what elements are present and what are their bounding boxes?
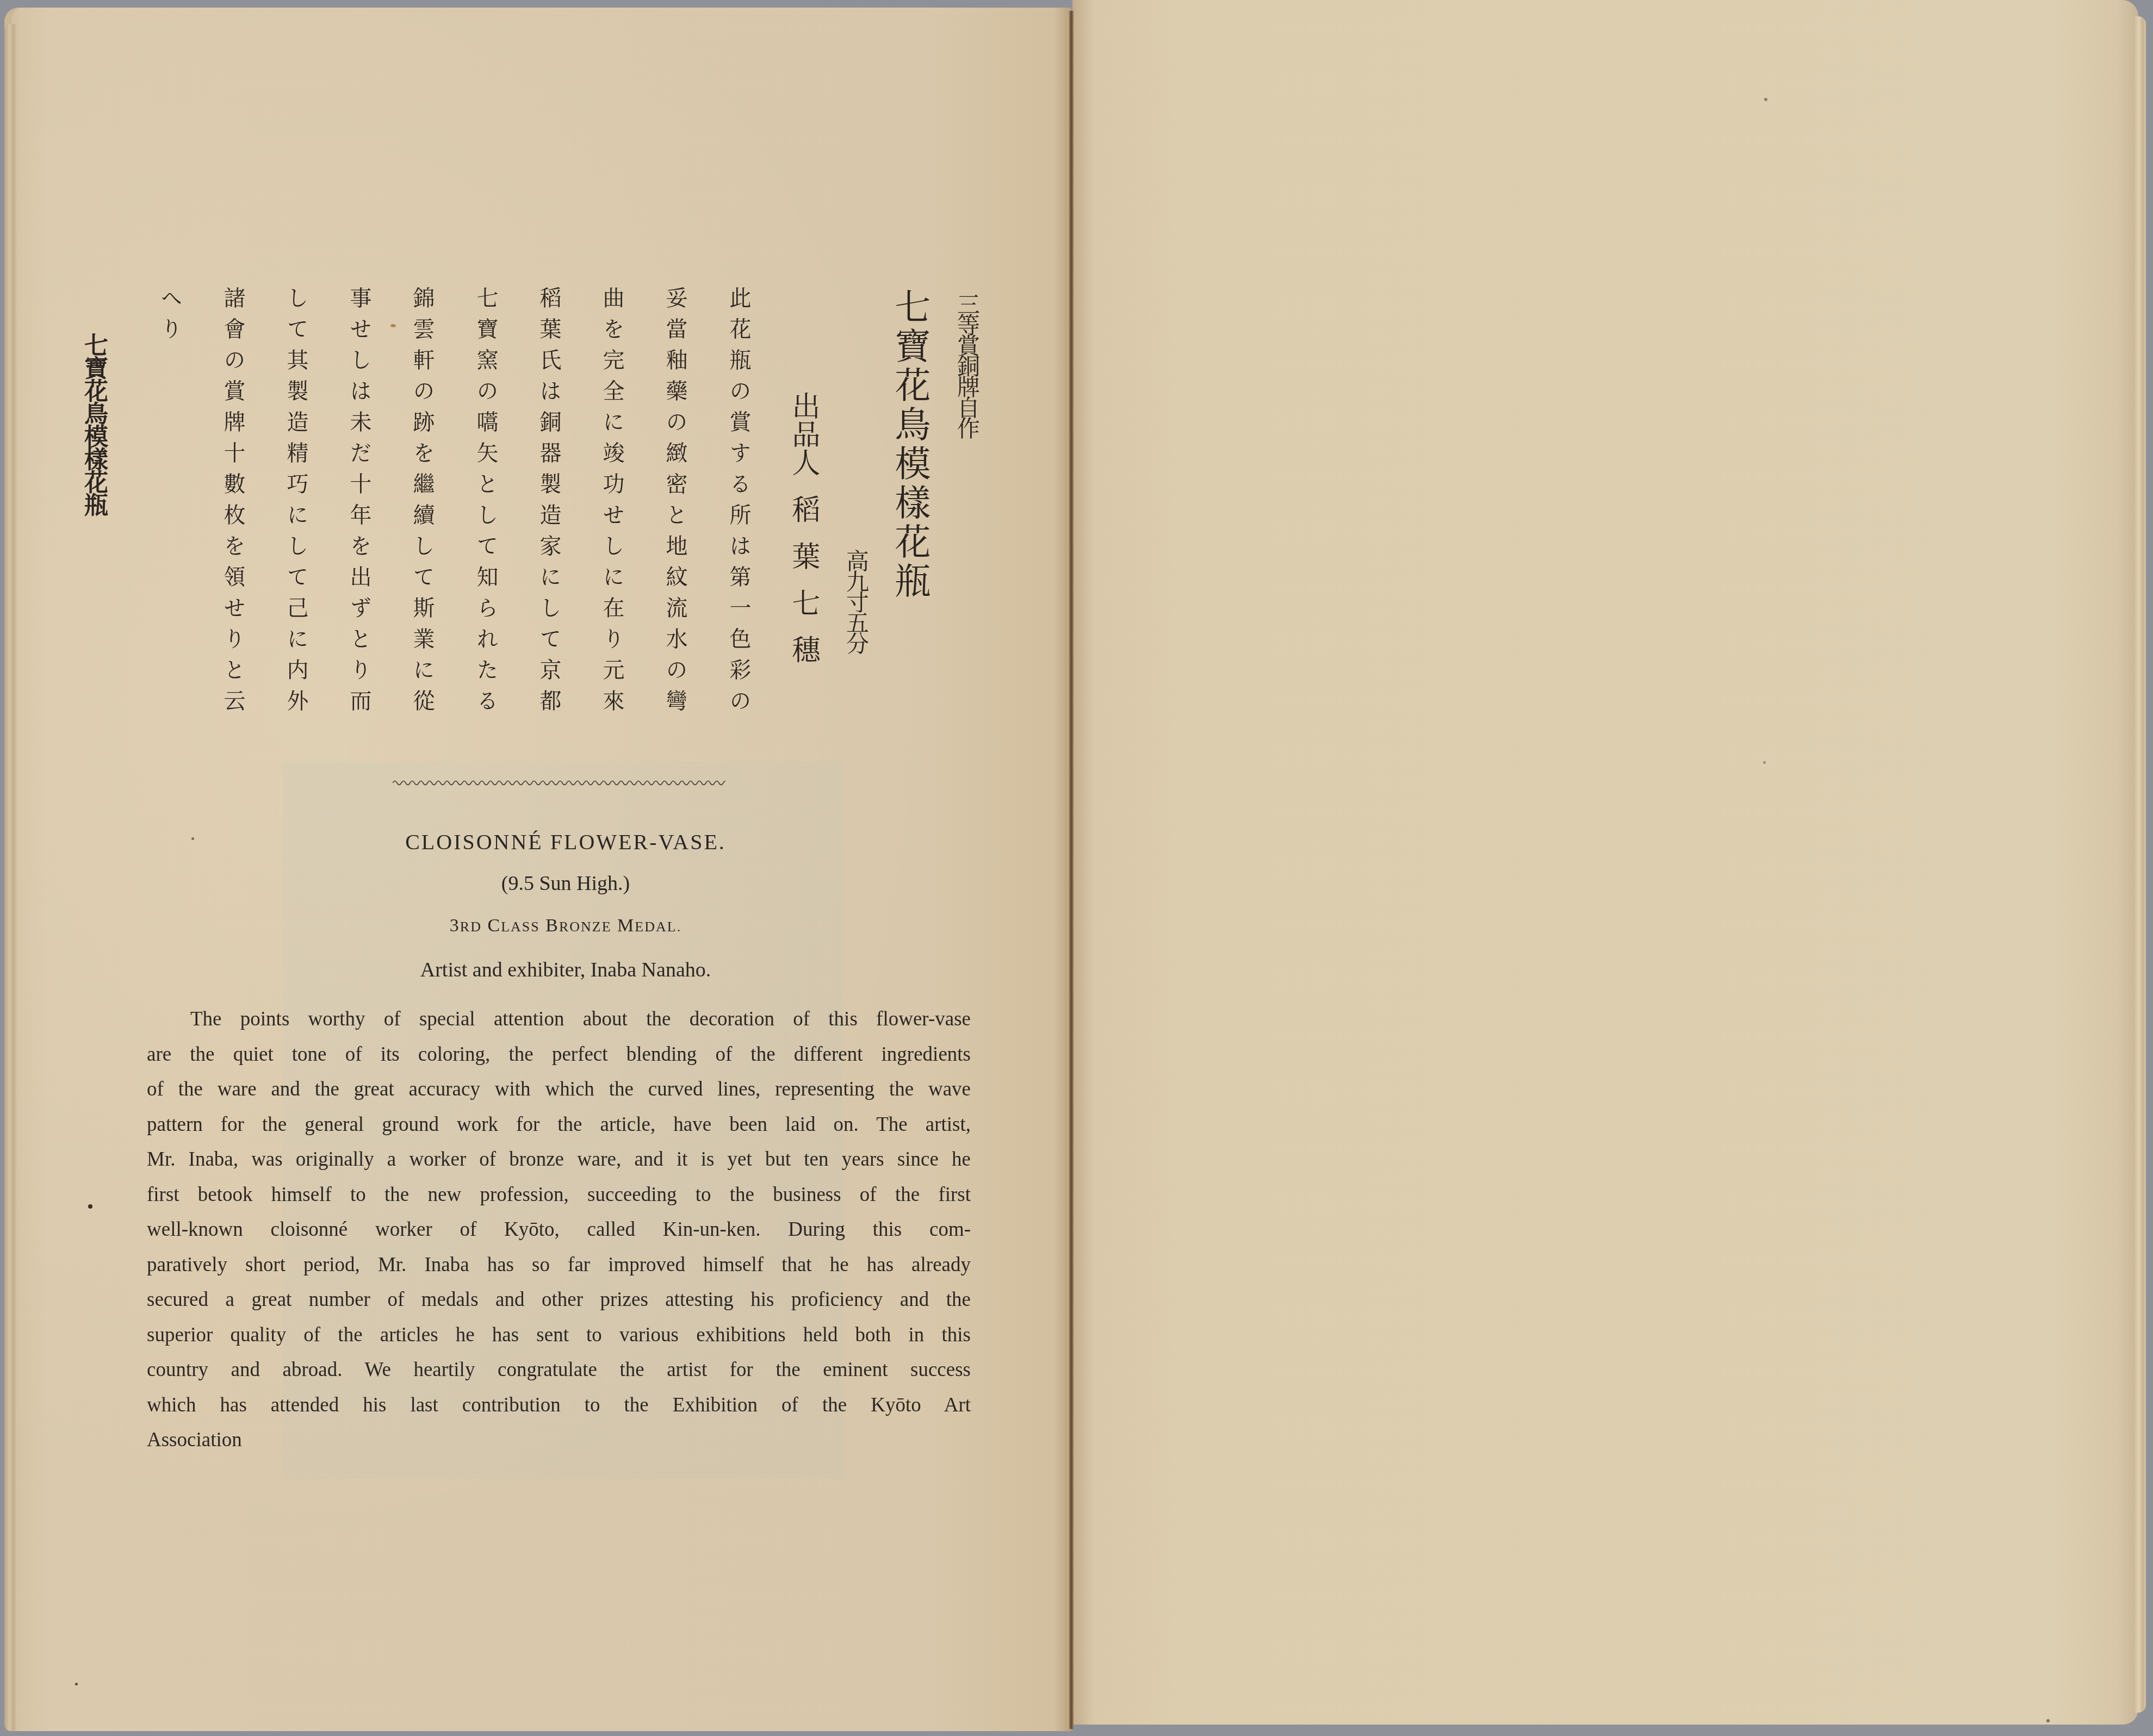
paragraph-line: of the ware and the great accuracy with … — [147, 1072, 971, 1107]
english-artist: Artist and exhibiter, Inaba Nanaho. — [141, 958, 990, 982]
medal-text: C — [482, 916, 501, 936]
body-column-jp: 此花瓶の賞する所は第一色彩の — [723, 287, 754, 720]
body-column-jp: 錦雲軒の跡を繼續して斯業に從 — [407, 287, 438, 720]
paragraph-line: first betook himself to the new professi… — [147, 1178, 971, 1213]
body-column-jp: して其製造精巧にして己に内外 — [281, 287, 312, 720]
body-column-jp: 諸會の賞牌十數枚を領せりと云 — [218, 287, 249, 720]
paragraph-line: Mr. Inaba, was originally a worker of br… — [147, 1142, 971, 1178]
paragraph-line: paratively short period, Mr. Inaba has s… — [147, 1248, 971, 1283]
medal-text: B — [540, 916, 559, 936]
award-label-jp: 三等賞銅牌自作 — [951, 293, 983, 437]
paper-speck — [191, 837, 194, 840]
medal-text: EDAL. — [635, 919, 681, 935]
paragraph-line: The points worthy of special attention a… — [147, 1002, 971, 1037]
medal-text: 3 — [450, 916, 460, 936]
paragraph-line: secured a great number of medals and oth… — [147, 1283, 971, 1318]
exhibitor-name-char: 穗 — [787, 635, 820, 663]
english-title: CLOISONNÉ FLOWER-VASE. — [141, 829, 990, 855]
body-column-jp: 事せしは未だ十年を出ずとり而 — [344, 287, 375, 720]
paper-speck — [88, 1204, 92, 1209]
paper-speck — [75, 1683, 78, 1685]
medal-text: M — [612, 916, 635, 936]
english-height: (9.5 Sun High.) — [141, 872, 990, 895]
page-stack-edge-right — [2134, 16, 2146, 1713]
english-medal: 3RD CLASS BRONZE MEDAL. — [141, 916, 990, 936]
right-page-blank — [1072, 0, 2138, 1725]
paragraph-line: are the quiet tone of its coloring, the … — [147, 1037, 971, 1073]
exhibitor-jp: 出品人稻葉七穗 — [783, 391, 824, 663]
book-gutter — [1069, 11, 1074, 1729]
page-stack-edge-left — [4, 24, 17, 1731]
paragraph-line: country and abroad. We heartily congratu… — [147, 1353, 971, 1388]
paragraph-line: pattern for the general ground work for … — [147, 1107, 971, 1143]
height-jp: 高九寸五分 — [840, 549, 872, 652]
medal-text: RD — [460, 919, 482, 935]
paragraph-line: superior quality of the articles he has … — [147, 1318, 971, 1353]
wavy-divider — [393, 779, 725, 787]
medal-text: LASS — [501, 919, 540, 935]
body-column-jp: 稻葉氏は銅器製造家にして京都 — [533, 287, 564, 720]
exhibitor-label: 出品人 — [787, 391, 820, 476]
paragraph-line: Association — [147, 1423, 971, 1458]
paper-speck — [1763, 761, 1766, 764]
paragraph-line: which has attended his last contribution… — [147, 1388, 971, 1423]
paper-speck — [2046, 1719, 2050, 1722]
paper-speck — [390, 324, 396, 327]
exhibitor-name-char: 葉 — [787, 542, 820, 570]
medal-text: RONZE — [559, 919, 612, 935]
english-paragraph: The points worthy of special attention a… — [147, 1002, 971, 1458]
running-head: 七寶花鳥模樣花瓶 — [76, 333, 111, 515]
body-column-jp: 妥當釉藥の緻密と地紋流水の彎 — [660, 287, 691, 720]
body-column-jp: へり — [154, 287, 185, 349]
body-column-jp: 七寶窯の嚆矢として知られたる — [470, 287, 501, 720]
exhibitor-name-char: 稻 — [787, 495, 820, 523]
title-jp: 七寶花鳥模樣花瓶 — [884, 288, 935, 601]
paragraph-line: well-known cloisonné worker of Kyōto, ca… — [147, 1212, 971, 1248]
body-column-jp: 曲を完全に竣功せしに在り元來 — [597, 287, 628, 720]
paper-speck — [1764, 98, 1767, 101]
exhibitor-name-char: 七 — [787, 588, 820, 617]
